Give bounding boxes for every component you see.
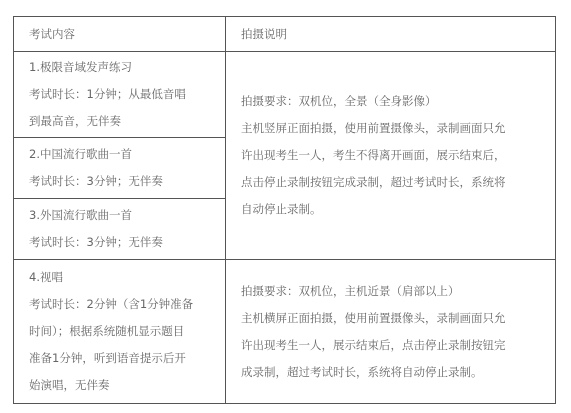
exam-item-detail: 始演唱，无伴奏 <box>29 372 225 399</box>
exam-item-detail: 考试时长：2分钟（含1分钟准备 <box>29 291 225 318</box>
shooting-detail: 主机竖屏正面拍摄，使用前置摄像头，录制画面只允 <box>241 115 555 142</box>
shooting-detail: 自动停止录制。 <box>241 196 555 223</box>
exam-item-detail: 考试时长：3分钟；无伴奏 <box>29 229 225 256</box>
shooting-detail: 许出现考生一人，展示结束后，点击停止录制按钮完 <box>241 332 555 359</box>
exam-item-3: 3.外国流行歌曲一首 考试时长：3分钟；无伴奏 <box>14 199 226 260</box>
exam-item-title: 4.视唱 <box>29 264 225 291</box>
shooting-detail: 点击停止录制按钮完成录制，超过考试时长，系统将 <box>241 169 555 196</box>
exam-item-1: 1.极限音域发声练习 考试时长：1分钟；从最低音唱 到最高音，无伴奏 <box>14 52 226 138</box>
shooting-requirement: 拍摄要求：双机位，主机近景（肩部以上） <box>241 278 555 305</box>
exam-item-title: 1.极限音域发声练习 <box>29 54 225 81</box>
exam-item-2: 2.中国流行歌曲一首 考试时长：3分钟；无伴奏 <box>14 138 226 199</box>
shooting-detail: 主机横屏正面拍摄，使用前置摄像头，录制画面只允 <box>241 305 555 332</box>
shooting-instructions-close-up: 拍摄要求：双机位，主机近景（肩部以上） 主机横屏正面拍摄，使用前置摄像头，录制画… <box>226 260 556 404</box>
exam-item-title: 3.外国流行歌曲一首 <box>29 202 225 229</box>
table-row: 1.极限音域发声练习 考试时长：1分钟；从最低音唱 到最高音，无伴奏 拍摄要求：… <box>14 52 556 138</box>
shooting-detail: 成录制，超过考试时长，系统将自动停止录制。 <box>241 359 555 386</box>
shooting-instructions-full-view: 拍摄要求：双机位，全景（全身影像） 主机竖屏正面拍摄，使用前置摄像头，录制画面只… <box>226 52 556 260</box>
table-row: 4.视唱 考试时长：2分钟（含1分钟准备 时间）；根据系统随机显示题目 准备1分… <box>14 260 556 404</box>
exam-item-detail: 准备1分钟，听到语音提示后开 <box>29 345 225 372</box>
header-exam-content: 考试内容 <box>14 17 226 52</box>
exam-requirements-table: 考试内容 拍摄说明 1.极限音域发声练习 考试时长：1分钟；从最低音唱 到最高音… <box>13 16 556 404</box>
exam-item-detail: 到最高音，无伴奏 <box>29 108 225 135</box>
exam-item-4: 4.视唱 考试时长：2分钟（含1分钟准备 时间）；根据系统随机显示题目 准备1分… <box>14 260 226 404</box>
exam-item-detail: 考试时长：3分钟；无伴奏 <box>29 168 225 195</box>
exam-item-detail: 考试时长：1分钟；从最低音唱 <box>29 81 225 108</box>
header-shooting-instructions: 拍摄说明 <box>226 17 556 52</box>
shooting-requirement: 拍摄要求：双机位，全景（全身影像） <box>241 88 555 115</box>
table-header-row: 考试内容 拍摄说明 <box>14 17 556 52</box>
exam-item-detail: 时间）；根据系统随机显示题目 <box>29 318 225 345</box>
shooting-detail: 许出现考生一人，考生不得离开画面，展示结束后， <box>241 142 555 169</box>
exam-item-title: 2.中国流行歌曲一首 <box>29 141 225 168</box>
